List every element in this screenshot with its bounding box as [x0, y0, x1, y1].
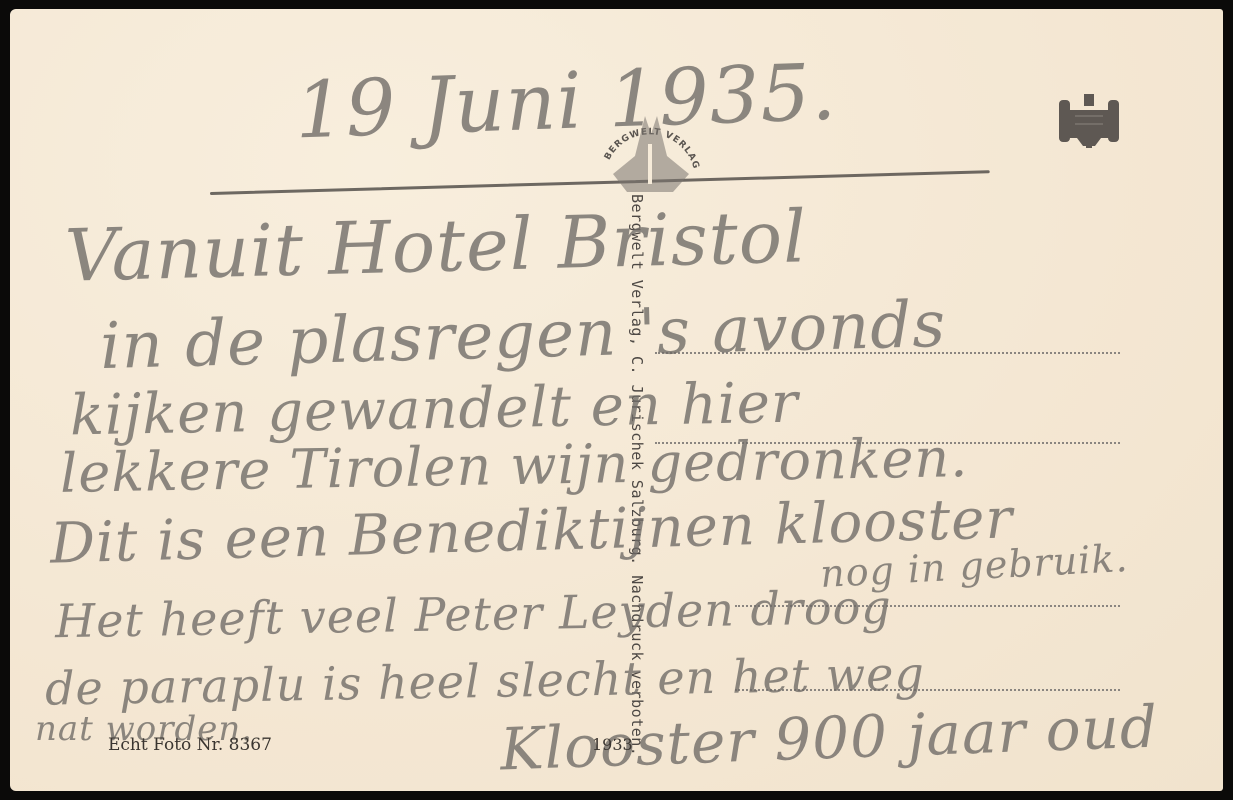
handwritten-line-1: Vanuit Hotel Bristol — [64, 194, 808, 297]
handwritten-date: 19 Juni 1935. — [294, 48, 839, 157]
photo-number: Echt Foto Nr. 8367 — [108, 735, 272, 755]
handwritten-line-2: in de plasregen 's avonds — [99, 288, 947, 384]
postcard-back: 19 Juni 1935. BERGWELT VERLAG Bergwelt V… — [10, 9, 1223, 791]
bergwelt-verlag-logo-icon: BERGWELT VERLAG — [595, 104, 705, 194]
handwritten-line-7: Het heeft veel Peter Leyden droog — [55, 580, 893, 649]
castle-eagle-crest-icon — [1055, 92, 1123, 149]
print-year: 1933 — [592, 735, 633, 754]
